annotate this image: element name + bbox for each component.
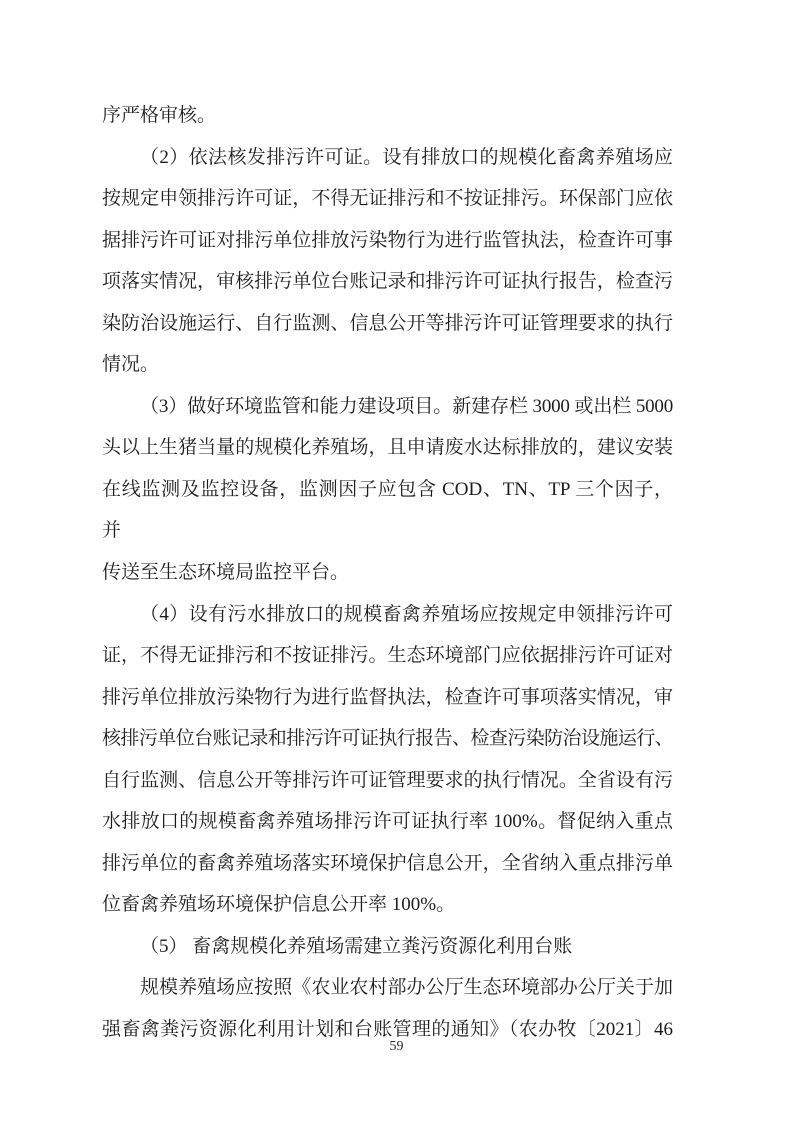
paragraph: （4）设有污水排放口的规模畜禽养殖场应按规定申领排污许可证，不得无证排污和不按证… xyxy=(102,594,673,926)
paragraph: 序严格审核。 xyxy=(102,95,673,137)
text-line: 染防治设施运行、自行监测、信息公开等排污许可证管理要求的执行 xyxy=(102,303,673,345)
document-page: 序严格审核。（2）依法核发排污许可证。设有排放口的规模化畜禽养殖场应按规定申领排… xyxy=(0,0,793,1122)
text-line: 项落实情况，审核排污单位台账记录和排污许可证执行报告，检查污 xyxy=(102,261,673,303)
text-line: （2）依法核发排污许可证。设有排放口的规模化畜禽养殖场应 xyxy=(102,137,673,179)
text-line: 核排污单位台账记录和排污许可证执行报告、检查污染防治设施运行、 xyxy=(102,718,673,760)
text-line: 排污单位排放污染物行为进行监督执法，检查许可事项落实情况，审 xyxy=(102,677,673,719)
text-line: （3）做好环境监管和能力建设项目。新建存栏 3000 或出栏 5000 xyxy=(102,386,673,428)
page-number: 59 xyxy=(0,1038,793,1056)
text-line: 传送至生态环境局监控平台。 xyxy=(102,552,673,594)
text-line: 位畜禽养殖场环境保护信息公开率 100%。 xyxy=(102,884,673,926)
paragraph: （5） 畜禽规模化养殖场需建立粪污资源化利用台账 xyxy=(102,926,673,968)
paragraph: （2）依法核发排污许可证。设有排放口的规模化畜禽养殖场应按规定申领排污许可证，不… xyxy=(102,137,673,386)
text-line: 情况。 xyxy=(102,344,673,386)
text-line: 在线监测及监控设备，监测因子应包含 COD、TN、TP 三个因子，并 xyxy=(102,469,673,552)
text-line: 水排放口的规模畜禽养殖场排污许可证执行率 100%。督促纳入重点 xyxy=(102,801,673,843)
text-line: 序严格审核。 xyxy=(102,95,673,137)
text-line: 头以上生猪当量的规模化养殖场，且申请废水达标排放的，建议安装 xyxy=(102,427,673,469)
text-line: （4）设有污水排放口的规模畜禽养殖场应按规定申领排污许可 xyxy=(102,594,673,636)
text-line: 排污单位的畜禽养殖场落实环境保护信息公开，全省纳入重点排污单 xyxy=(102,843,673,885)
document-body: 序严格审核。（2）依法核发排污许可证。设有排放口的规模化畜禽养殖场应按规定申领排… xyxy=(102,95,673,1051)
text-line: 按规定申领排污许可证，不得无证排污和不按证排污。环保部门应依 xyxy=(102,178,673,220)
text-line: 证，不得无证排污和不按证排污。生态环境部门应依据排污许可证对 xyxy=(102,635,673,677)
text-line: （5） 畜禽规模化养殖场需建立粪污资源化利用台账 xyxy=(102,926,673,968)
paragraph: （3）做好环境监管和能力建设项目。新建存栏 3000 或出栏 5000头以上生猪… xyxy=(102,386,673,594)
text-line: 自行监测、信息公开等排污许可证管理要求的执行情况。全省设有污 xyxy=(102,760,673,802)
text-line: 据排污许可证对排污单位排放污染物行为进行监管执法，检查许可事 xyxy=(102,220,673,262)
text-line: 规模养殖场应按照《农业农村部办公厅生态环境部办公厅关于加 xyxy=(102,967,673,1009)
